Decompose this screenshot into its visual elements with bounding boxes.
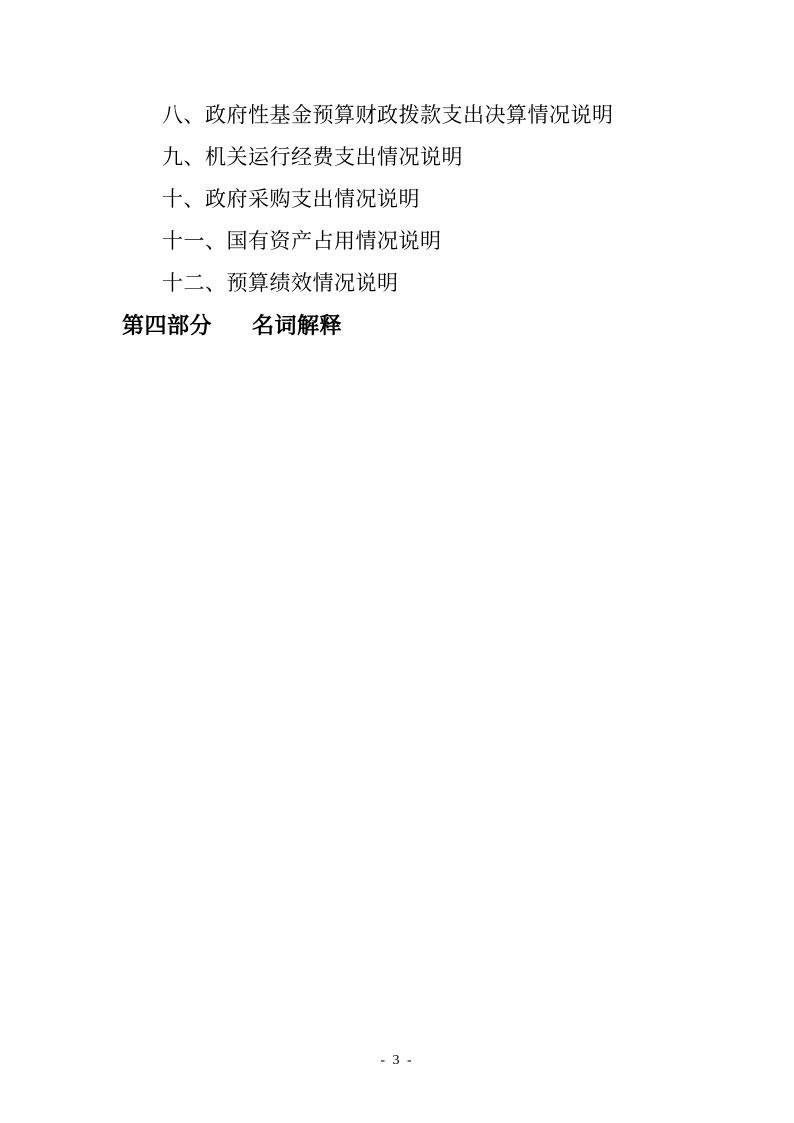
toc-item-12: 十二、预算绩效情况说明 — [162, 272, 714, 294]
toc-item-11: 十一、国有资产占用情况说明 — [162, 230, 714, 252]
part4-label: 第四部分 — [122, 313, 212, 338]
page-number: - 3 - — [0, 1052, 794, 1070]
toc-part4-heading: 第四部分名词解释 — [122, 314, 714, 338]
toc-item-9: 九、机关运行经费支出情况说明 — [162, 146, 714, 168]
part4-title: 名词解释 — [252, 313, 342, 338]
toc-item-10: 十、政府采购支出情况说明 — [162, 188, 714, 210]
document-page: 八、政府性基金预算财政拨款支出决算情况说明 九、机关运行经费支出情况说明 十、政… — [0, 0, 794, 1123]
toc-item-8: 八、政府性基金预算财政拨款支出决算情况说明 — [162, 104, 714, 126]
toc-section: 八、政府性基金预算财政拨款支出决算情况说明 九、机关运行经费支出情况说明 十、政… — [122, 104, 714, 338]
